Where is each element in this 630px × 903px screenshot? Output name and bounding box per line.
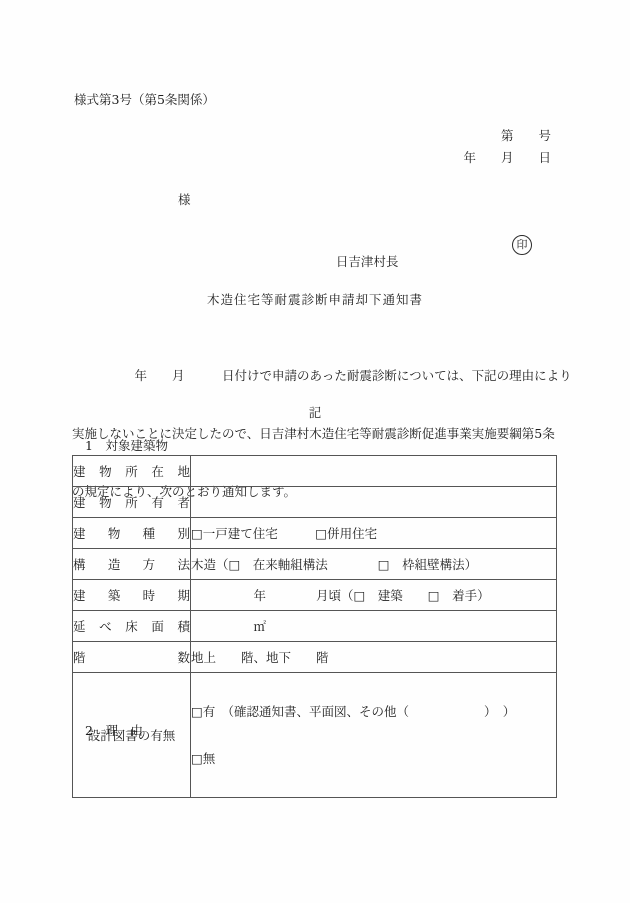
- row-value-line: □無: [191, 750, 556, 767]
- row-value: □一戸建て住宅 □併用住宅: [191, 518, 557, 549]
- building-table: 建物所在地 建物所有者 建物種別 □一戸建て住宅 □併用住宅 構造方法 木造（□…: [72, 455, 557, 798]
- document-page: 様式第3号（第5条関係） 第 号 年 月 日 様 日吉津村長 印 木造住宅等耐震…: [0, 0, 630, 903]
- table-row: 建物種別 □一戸建て住宅 □併用住宅: [73, 518, 557, 549]
- row-value: 年 月頃（□ 建築 □ 着手）: [191, 580, 557, 611]
- document-title: 木造住宅等耐震診断申請却下通知書: [0, 290, 630, 308]
- row-value: 木造（□ 在来軸組構法 □ 枠組壁構法）: [191, 549, 557, 580]
- section-1-heading: 1 対象建築物: [85, 436, 168, 454]
- row-value: [191, 456, 557, 487]
- seal-stamp-icon: 印: [512, 235, 532, 255]
- section-2-heading: 2 理 由: [85, 721, 143, 739]
- row-label: 建物所有者: [73, 487, 191, 518]
- date-line: 年 月 日: [463, 148, 551, 166]
- row-value: ㎡: [191, 611, 557, 642]
- table-row: 建築時期 年 月頃（□ 建築 □ 着手）: [73, 580, 557, 611]
- sender-name: 日吉津村長: [336, 252, 399, 270]
- row-label: 延べ床面積: [73, 611, 191, 642]
- table-row: 設計図書の有無 □有 （確認通知書、平面図、その他（ ） ） □無: [73, 673, 557, 798]
- addressee-suffix: 様: [178, 190, 191, 208]
- document-number-line: 第 号: [501, 126, 551, 144]
- body-line: 年 月 日付けで申請のあった耐震診断については、下記の理由により: [72, 366, 572, 385]
- row-value: □有 （確認通知書、平面図、その他（ ） ） □無: [191, 673, 557, 798]
- row-value: 地上 階、地下 階: [191, 642, 557, 673]
- row-label: 構造方法: [73, 549, 191, 580]
- row-value: [191, 487, 557, 518]
- table-row: 延べ床面積 ㎡: [73, 611, 557, 642]
- form-number: 様式第3号（第5条関係）: [74, 90, 215, 108]
- row-label: 階数: [73, 642, 191, 673]
- table-row: 構造方法 木造（□ 在来軸組構法 □ 枠組壁構法）: [73, 549, 557, 580]
- table-row: 階数 地上 階、地下 階: [73, 642, 557, 673]
- record-mark: 記: [0, 403, 630, 421]
- row-label: 建物種別: [73, 518, 191, 549]
- row-label: 建物所在地: [73, 456, 191, 487]
- row-label: 建築時期: [73, 580, 191, 611]
- table-row: 建物所在地: [73, 456, 557, 487]
- table-row: 建物所有者: [73, 487, 557, 518]
- row-value-line: □有 （確認通知書、平面図、その他（ ） ）: [191, 703, 556, 720]
